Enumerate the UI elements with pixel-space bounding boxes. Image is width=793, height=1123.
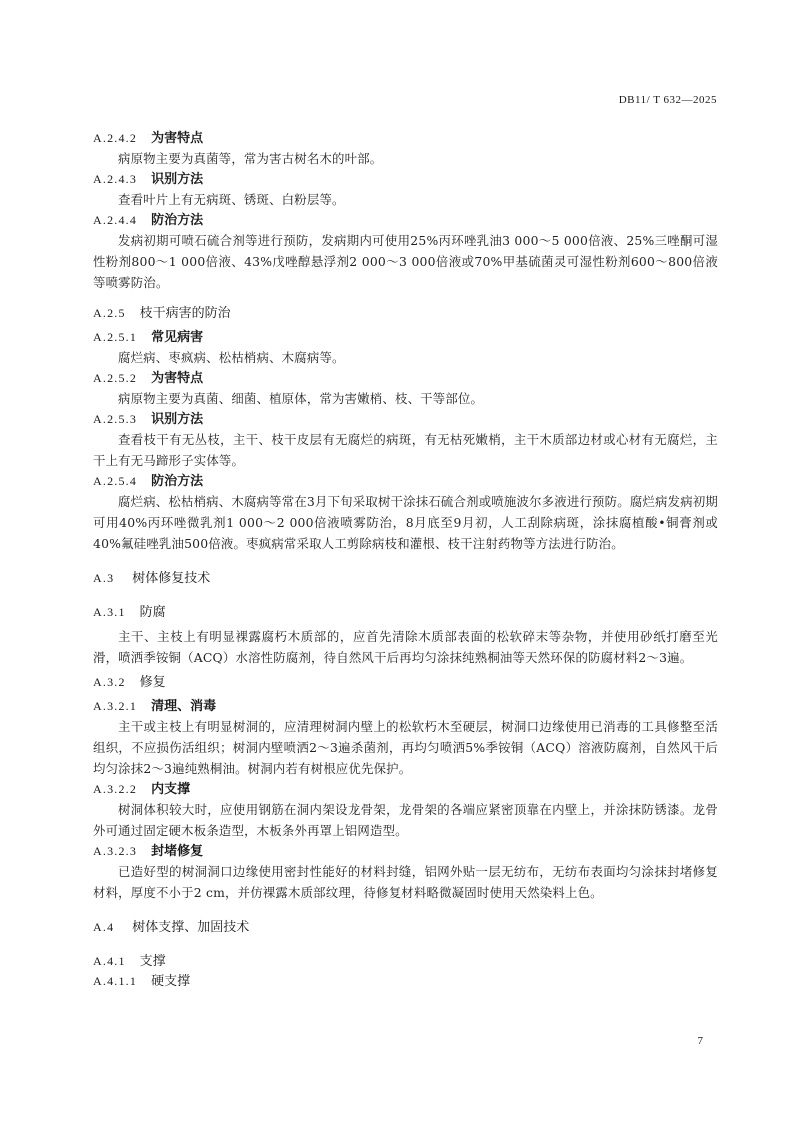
section-title: 内支撑 xyxy=(151,782,190,797)
heading-a252: A.2.5.2为害特点 xyxy=(93,368,718,388)
paragraph-a254: 腐烂病、松枯梢病、木腐病等常在3月下旬采取树干涂抹石硫合剂或喷施波尔多液进行预防… xyxy=(93,491,718,554)
section-title: 支撑 xyxy=(140,954,166,969)
section-number: A.3.2.3 xyxy=(93,841,137,861)
section-number: A.4.1.1 xyxy=(93,971,137,991)
section-number: A.2.4.2 xyxy=(93,128,137,148)
heading-a4: A.4树体支撑、加固技术 xyxy=(93,917,718,937)
section-title: 修复 xyxy=(140,675,166,690)
section-number: A.2.5.3 xyxy=(93,409,137,429)
heading-a251: A.2.5.1常见病害 xyxy=(93,327,718,347)
section-number: A.2.5.2 xyxy=(93,368,137,388)
heading-a323: A.3.2.3封堵修复 xyxy=(93,841,718,861)
spacer xyxy=(93,937,718,951)
document-content: A.2.4.2为害特点 病原物主要为真菌等，常为害古树名木的叶部。 A.2.4.… xyxy=(93,128,718,991)
section-number: A.2.5.1 xyxy=(93,327,137,347)
section-title: 枝干病害的防治 xyxy=(140,306,231,321)
section-number: A.3.1 xyxy=(93,602,126,622)
paragraph-a243: 查看叶片上有无病斑、锈斑、白粉层等。 xyxy=(93,189,718,210)
heading-a32: A.3.2修复 xyxy=(93,672,718,692)
section-number: A.3.2.1 xyxy=(93,696,137,716)
paragraph-a31: 主干、主枝上有明显裸露腐朽木质部的，应首先清除木质部表面的松软碎末等杂物，并使用… xyxy=(93,626,718,668)
spacer xyxy=(93,293,718,303)
section-number: A.2.5.4 xyxy=(93,471,137,491)
section-title: 硬支撑 xyxy=(151,974,190,989)
spacer xyxy=(93,903,718,917)
section-title: 封堵修复 xyxy=(151,844,203,859)
heading-a244: A.2.4.4防治方法 xyxy=(93,210,718,230)
heading-a25: A.2.5枝干病害的防治 xyxy=(93,303,718,323)
paragraph-a253: 查看枝干有无丛枝，主干、枝干皮层有无腐烂的病斑，有无枯死嫩梢，主干木质部边材或心… xyxy=(93,429,718,471)
paragraph-a251: 腐烂病、枣疯病、松枯梢病、木腐病等。 xyxy=(93,347,718,368)
section-number: A.2.4.3 xyxy=(93,169,137,189)
heading-a31: A.3.1防腐 xyxy=(93,602,718,622)
heading-a242: A.2.4.2为害特点 xyxy=(93,128,718,148)
paragraph-a321: 主干或主枝上有明显树洞的，应清理树洞内壁上的松软朽木至硬层，树洞口边缘使用已消毒… xyxy=(93,716,718,779)
heading-a254: A.2.5.4防治方法 xyxy=(93,471,718,491)
paragraph-a242: 病原物主要为真菌等，常为害古树名木的叶部。 xyxy=(93,148,718,169)
heading-a3: A.3树体修复技术 xyxy=(93,568,718,588)
paragraph-a244: 发病初期可喷石硫合剂等进行预防，发病期内可使用25%丙环唑乳油3 000～5 0… xyxy=(93,230,718,293)
heading-a253: A.2.5.3识别方法 xyxy=(93,409,718,429)
section-number: A.3.2.2 xyxy=(93,779,137,799)
paragraph-a322: 树洞体积较大时，应使用钢筋在洞内架设龙骨架，龙骨架的各端应紧密顶靠在内壁上，并涂… xyxy=(93,799,718,841)
section-title: 识别方法 xyxy=(151,412,203,427)
section-title: 清理、消毒 xyxy=(151,699,216,714)
section-title: 防腐 xyxy=(140,605,166,620)
section-number: A.3.2 xyxy=(93,672,126,692)
section-title: 为害特点 xyxy=(151,371,203,386)
section-title: 防治方法 xyxy=(151,474,203,489)
heading-a41: A.4.1支撑 xyxy=(93,951,718,971)
section-number: A.2.4.4 xyxy=(93,210,137,230)
heading-a243: A.2.4.3识别方法 xyxy=(93,169,718,189)
section-title: 树体修复技术 xyxy=(132,571,210,586)
section-number: A.4 xyxy=(93,917,114,937)
heading-a321: A.3.2.1清理、消毒 xyxy=(93,696,718,716)
section-number: A.3 xyxy=(93,568,114,588)
section-number: A.2.5 xyxy=(93,303,126,323)
page-number: 7 xyxy=(698,1035,704,1047)
section-title: 识别方法 xyxy=(151,172,203,187)
section-title: 为害特点 xyxy=(151,131,203,146)
paragraph-a252: 病原物主要为真菌、细菌、植原体，常为害嫩梢、枝、干等部位。 xyxy=(93,388,718,409)
section-title: 树体支撑、加固技术 xyxy=(132,920,249,935)
spacer xyxy=(93,554,718,568)
spacer xyxy=(93,588,718,602)
section-number: A.4.1 xyxy=(93,951,126,971)
section-title: 常见病害 xyxy=(151,330,203,345)
document-page: DB11/ T 632—2025 A.2.4.2为害特点 病原物主要为真菌等，常… xyxy=(0,0,793,1123)
section-title: 防治方法 xyxy=(151,213,203,228)
heading-a411: A.4.1.1硬支撑 xyxy=(93,971,718,991)
heading-a322: A.3.2.2内支撑 xyxy=(93,779,718,799)
paragraph-a323: 已造好型的树洞洞口边缘使用密封性能好的材料封缝，铝网外贴一层无纺布，无纺布表面均… xyxy=(93,861,718,903)
document-id-header: DB11/ T 632—2025 xyxy=(619,94,717,106)
